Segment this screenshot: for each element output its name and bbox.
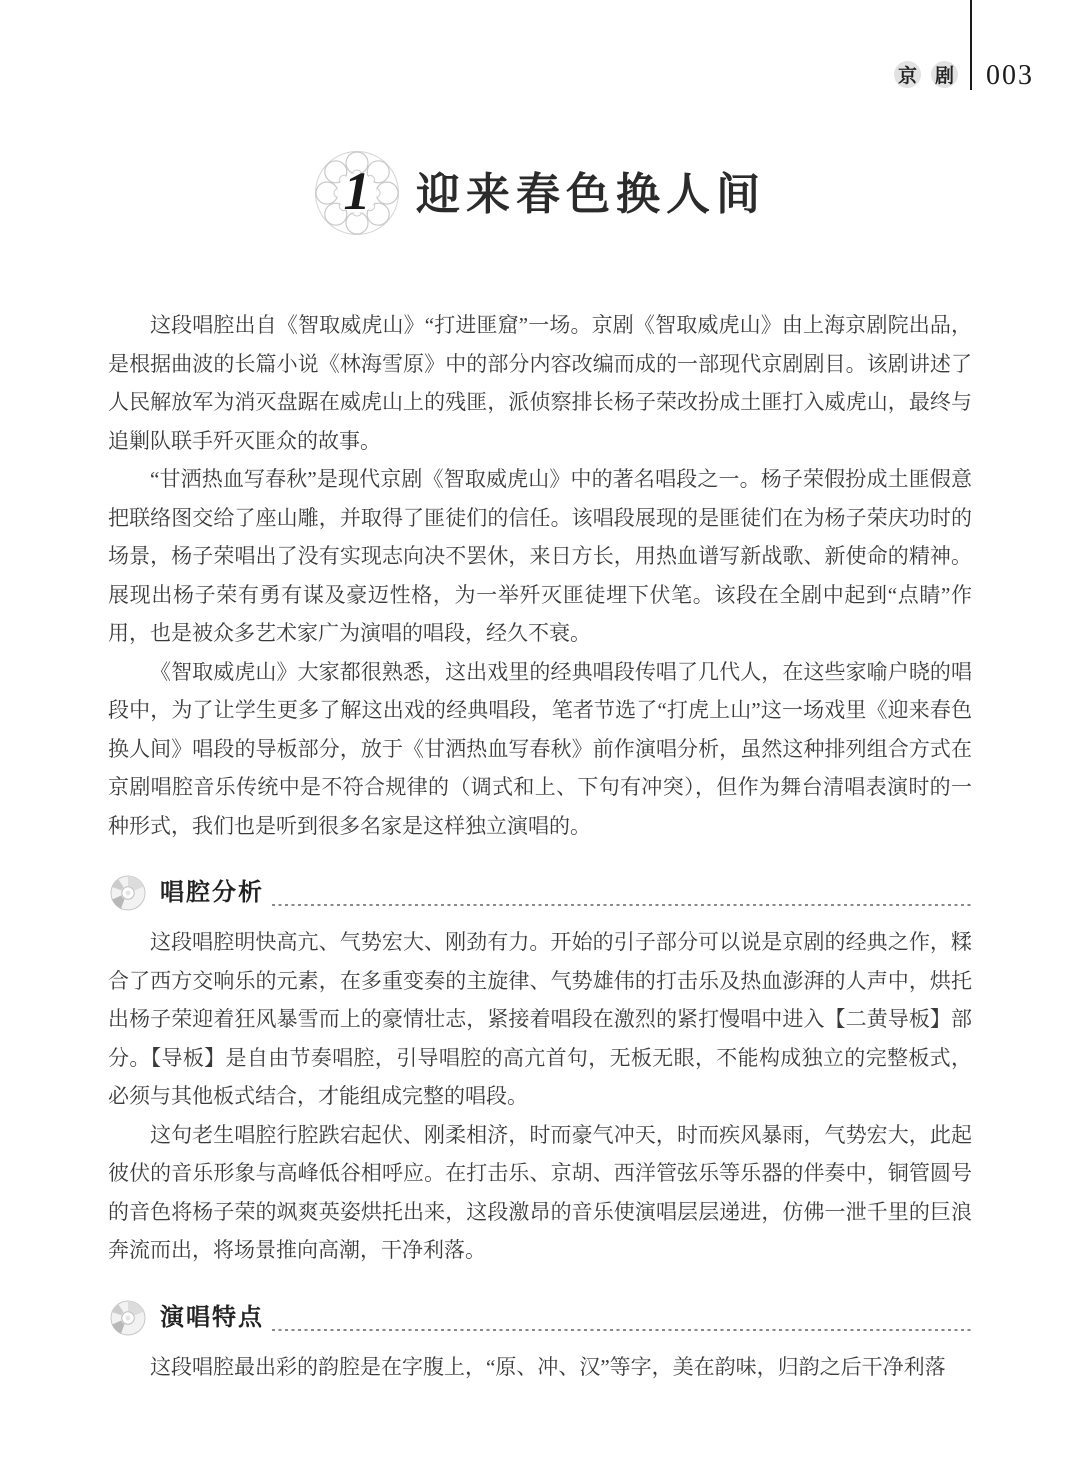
chapter-title-row: 1 迎来春色换人间	[0, 150, 1080, 236]
section-heading: 演唱特点	[160, 1298, 264, 1338]
chapter-title: 迎来春色换人间	[416, 169, 766, 217]
book-title-char: 京	[894, 61, 921, 88]
paragraph: “甘洒热血写春秋”是现代京剧《智取威虎山》中的著名唱段之一。杨子荣假扮成土匪假意…	[108, 460, 972, 653]
dotted-leader	[272, 1329, 972, 1331]
dotted-leader	[272, 904, 972, 906]
section-header: 唱腔分析	[108, 873, 972, 913]
section-heading: 唱腔分析	[160, 873, 264, 913]
paragraph: 这段唱腔出自《智取威虎山》“打进匪窟”一场。京剧《智取威虎山》由上海京剧院出品，…	[108, 306, 972, 460]
section-body: 这段唱腔最出彩的韵腔是在字腹上，“原、冲、汉”等字，美在韵味，归韵之后干净利落	[108, 1348, 972, 1387]
section-changqiang-fenxi: 唱腔分析 这段唱腔明快高亢、气势宏大、刚劲有力。开始的引子部分可以说是京剧的经典…	[108, 873, 972, 1270]
chapter-number-ornament: 1	[314, 150, 400, 236]
book-title-char: 剧	[931, 61, 958, 88]
cd-disc-icon	[108, 1298, 148, 1338]
section-body: 这段唱腔明快高亢、气势宏大、刚劲有力。开始的引子部分可以说是京剧的经典之作，糅合…	[108, 923, 972, 1270]
paragraph: 这句老生唱腔行腔跌宕起伏、刚柔相济，时而豪气冲天，时而疾风暴雨，气势宏大，此起彼…	[108, 1116, 972, 1270]
book-page: 京 剧 003	[0, 0, 1080, 1482]
section-header: 演唱特点	[108, 1298, 972, 1338]
section-yanchang-tedian: 演唱特点 这段唱腔最出彩的韵腔是在字腹上，“原、冲、汉”等字，美在韵味，归韵之后…	[108, 1298, 972, 1387]
paragraph: 这段唱腔明快高亢、气势宏大、刚劲有力。开始的引子部分可以说是京剧的经典之作，糅合…	[108, 923, 972, 1116]
cd-disc-icon	[108, 873, 148, 913]
intro-paragraphs: 这段唱腔出自《智取威虎山》“打进匪窟”一场。京剧《智取威虎山》由上海京剧院出品，…	[108, 306, 972, 845]
paragraph: 这段唱腔最出彩的韵腔是在字腹上，“原、冲、汉”等字，美在韵味，归韵之后干净利落	[108, 1348, 972, 1387]
book-title: 京 剧	[894, 61, 958, 90]
page-number: 003	[986, 0, 1034, 90]
paragraph: 《智取威虎山》大家都很熟悉，这出戏里的经典唱段传唱了几代人，在这些家喻户晓的唱段…	[108, 653, 972, 846]
header-divider	[970, 0, 972, 90]
chapter-number: 1	[314, 150, 400, 236]
page-content: 这段唱腔出自《智取威虎山》“打进匪窟”一场。京剧《智取威虎山》由上海京剧院出品，…	[108, 306, 972, 1386]
running-head: 京 剧 003	[894, 0, 1034, 90]
